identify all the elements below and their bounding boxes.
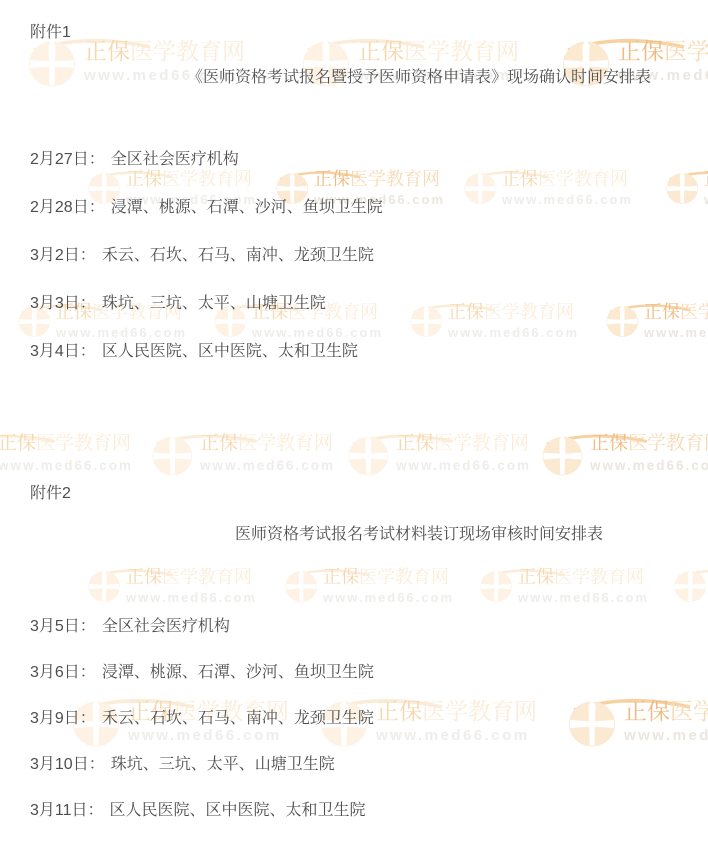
- document-page: 正保医学教育网 www.med66.com 正保医学教育网 www.med66.…: [0, 0, 708, 842]
- schedule-venues: 禾云、石坎、石马、南冲、龙颈卫生院: [102, 710, 374, 727]
- schedule-line: 3月2日：禾云、石坎、石马、南冲、龙颈卫生院: [30, 246, 383, 265]
- schedule-date: 3月4日：: [30, 343, 96, 360]
- schedule-line: 3月11日：区人民医院、区中医院、太和卫生院: [30, 801, 374, 820]
- attachment-2-label: 附件2: [30, 480, 71, 503]
- schedule-date: 2月28日：: [30, 199, 105, 216]
- schedule-line: 3月9日：禾云、石坎、石马、南冲、龙颈卫生院: [30, 709, 374, 728]
- schedule-list-2: 3月5日：全区社会医疗机构3月6日：浸潭、桃源、石潭、沙河、鱼坝卫生院3月9日：…: [30, 617, 374, 842]
- schedule-venues: 全区社会医疗机构: [102, 618, 230, 635]
- schedule-date: 3月11日：: [30, 802, 104, 819]
- schedule-date: 3月6日：: [30, 664, 96, 681]
- schedule-date: 3月9日：: [30, 710, 96, 727]
- schedule-line: 3月4日：区人民医院、区中医院、太和卫生院: [30, 342, 383, 361]
- schedule-line: 3月6日：浸潭、桃源、石潭、沙河、鱼坝卫生院: [30, 663, 374, 682]
- schedule-venues: 珠坑、三坑、太平、山塘卫生院: [111, 756, 335, 773]
- schedule-line: 3月5日：全区社会医疗机构: [30, 617, 374, 636]
- schedule-venues: 浸潭、桃源、石潭、沙河、鱼坝卫生院: [102, 664, 374, 681]
- schedule-venues: 珠坑、三坑、太平、山塘卫生院: [102, 295, 326, 312]
- schedule-date: 2月27日：: [30, 151, 105, 168]
- attachment-1-label: 附件1: [30, 19, 71, 42]
- document-content: 附件1 《医师资格考试报名暨授予医师资格申请表》现场确认时间安排表 2月27日：…: [0, 0, 708, 842]
- schedule-date: 3月10日：: [30, 756, 105, 773]
- schedule-line: 3月3日：珠坑、三坑、太平、山塘卫生院: [30, 294, 383, 313]
- attachment-2-title: 医师资格考试报名考试材料装订现场审核时间安排表: [130, 521, 708, 544]
- schedule-date: 3月2日：: [30, 247, 96, 264]
- schedule-line: 3月10日：珠坑、三坑、太平、山塘卫生院: [30, 755, 374, 774]
- attachment-1-title: 《医师资格考试报名暨授予医师资格申请表》现场确认时间安排表: [130, 64, 708, 87]
- schedule-line: 2月27日：全区社会医疗机构: [30, 150, 383, 169]
- schedule-date: 3月3日：: [30, 295, 96, 312]
- schedule-venues: 区人民医院、区中医院、太和卫生院: [110, 802, 366, 819]
- schedule-list-1: 2月27日：全区社会医疗机构2月28日：浸潭、桃源、石潭、沙河、鱼坝卫生院3月2…: [30, 150, 383, 390]
- schedule-venues: 全区社会医疗机构: [111, 151, 239, 168]
- schedule-venues: 浸潭、桃源、石潭、沙河、鱼坝卫生院: [111, 199, 383, 216]
- schedule-venues: 区人民医院、区中医院、太和卫生院: [102, 343, 358, 360]
- schedule-date: 3月5日：: [30, 618, 96, 635]
- schedule-venues: 禾云、石坎、石马、南冲、龙颈卫生院: [102, 247, 374, 264]
- schedule-line: 2月28日：浸潭、桃源、石潭、沙河、鱼坝卫生院: [30, 198, 383, 217]
